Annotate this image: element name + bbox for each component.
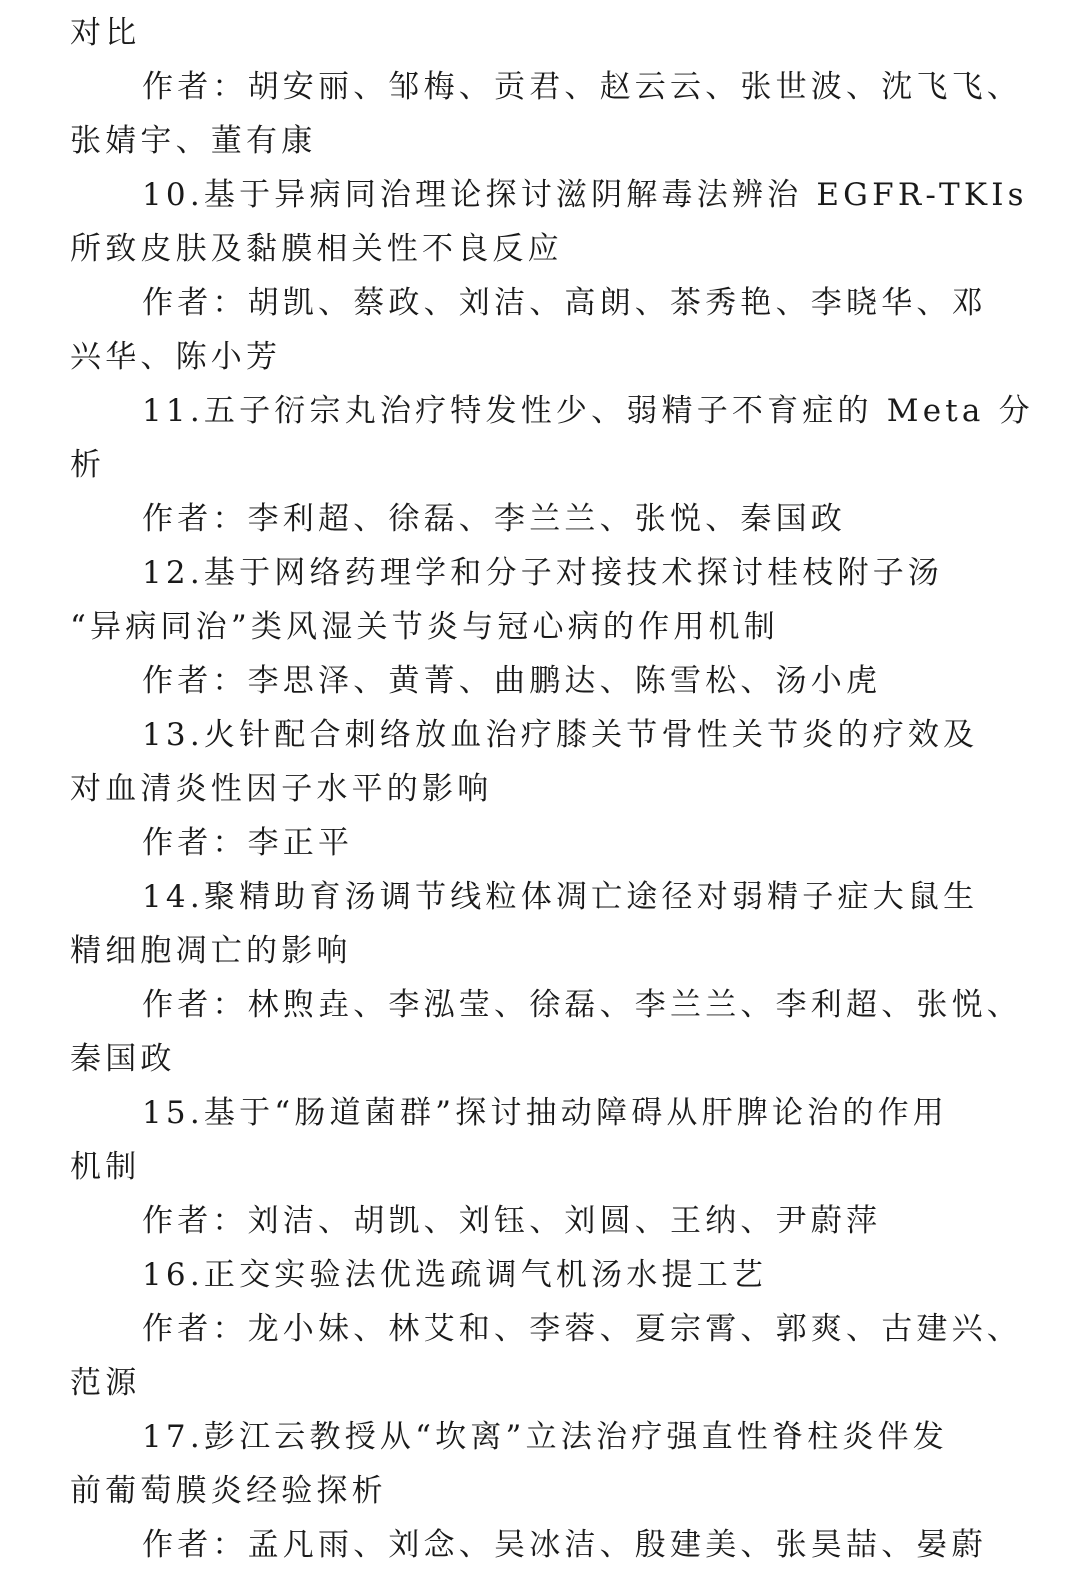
title-line: 析	[70, 438, 1010, 492]
author-line: 作者：胡安丽、邹梅、贡君、赵云云、张世波、沈飞飞、	[70, 60, 1010, 114]
title-line: 15.基于“肠道菌群”探讨抽动障碍从肝脾论治的作用	[70, 1086, 1010, 1140]
title-line: 14.聚精助育汤调节线粒体凋亡途径对弱精子症大鼠生	[70, 870, 1010, 924]
entry-9-continued: 对比 作者：胡安丽、邹梅、贡君、赵云云、张世波、沈飞飞、 张婧宇、董有康	[70, 6, 1010, 168]
entry-17: 17.彭江云教授从“坎离”立法治疗强直性脊柱炎伴发 前葡萄膜炎经验探析 作者：孟…	[70, 1410, 1010, 1572]
author-line: 作者：李思泽、黄菁、曲鹏达、陈雪松、汤小虎	[70, 654, 1010, 708]
author-line: 范源	[70, 1356, 1010, 1410]
author-line: 作者：李利超、徐磊、李兰兰、张悦、秦国政	[70, 492, 1010, 546]
entry-11: 11.五子衍宗丸治疗特发性少、弱精子不育症的 Meta 分 析 作者：李利超、徐…	[70, 384, 1010, 546]
title-line: 13.火针配合刺络放血治疗膝关节骨性关节炎的疗效及	[70, 708, 1010, 762]
entry-10: 10.基于异病同治理论探讨滋阴解毒法辨治 EGFR-TKIs 所致皮肤及黏膜相关…	[70, 168, 1010, 384]
title-line: 所致皮肤及黏膜相关性不良反应	[70, 222, 1010, 276]
author-line: 张婧宇、董有康	[70, 114, 1010, 168]
title-line: 16.正交实验法优选疏调气机汤水提工艺	[70, 1248, 1010, 1302]
title-line: 精细胞凋亡的影响	[70, 924, 1010, 978]
entry-12: 12.基于网络药理学和分子对接技术探讨桂枝附子汤 “异病同治”类风湿关节炎与冠心…	[70, 546, 1010, 708]
title-line: “异病同治”类风湿关节炎与冠心病的作用机制	[70, 600, 1010, 654]
title-line: 前葡萄膜炎经验探析	[70, 1464, 1010, 1518]
title-line: 11.五子衍宗丸治疗特发性少、弱精子不育症的 Meta 分	[70, 384, 1010, 438]
author-line: 作者：刘洁、胡凯、刘钰、刘圆、王纳、尹蔚萍	[70, 1194, 1010, 1248]
author-line: 作者：龙小妹、林艾和、李蓉、夏宗霄、郭爽、古建兴、	[70, 1302, 1010, 1356]
author-line: 秦国政	[70, 1032, 1010, 1086]
title-line: 对比	[70, 6, 1010, 60]
title-line: 12.基于网络药理学和分子对接技术探讨桂枝附子汤	[70, 546, 1010, 600]
author-line: 作者：胡凯、蔡政、刘洁、高朗、茶秀艳、李晓华、邓	[70, 276, 1010, 330]
title-line: 10.基于异病同治理论探讨滋阴解毒法辨治 EGFR-TKIs	[70, 168, 1010, 222]
title-line: 17.彭江云教授从“坎离”立法治疗强直性脊柱炎伴发	[70, 1410, 1010, 1464]
author-line: 作者：李正平	[70, 816, 1010, 870]
entry-13: 13.火针配合刺络放血治疗膝关节骨性关节炎的疗效及 对血清炎性因子水平的影响 作…	[70, 708, 1010, 870]
document-page: 对比 作者：胡安丽、邹梅、贡君、赵云云、张世波、沈飞飞、 张婧宇、董有康 10.…	[70, 6, 1010, 1572]
title-line: 对血清炎性因子水平的影响	[70, 762, 1010, 816]
title-line: 机制	[70, 1140, 1010, 1194]
author-line: 作者：林煦垚、李泓莹、徐磊、李兰兰、李利超、张悦、	[70, 978, 1010, 1032]
entry-15: 15.基于“肠道菌群”探讨抽动障碍从肝脾论治的作用 机制 作者：刘洁、胡凯、刘钰…	[70, 1086, 1010, 1248]
author-line: 兴华、陈小芳	[70, 330, 1010, 384]
author-line: 作者：孟凡雨、刘念、吴冰洁、殷建美、张昊喆、晏蔚	[70, 1518, 1010, 1572]
entry-16: 16.正交实验法优选疏调气机汤水提工艺 作者：龙小妹、林艾和、李蓉、夏宗霄、郭爽…	[70, 1248, 1010, 1410]
entry-14: 14.聚精助育汤调节线粒体凋亡途径对弱精子症大鼠生 精细胞凋亡的影响 作者：林煦…	[70, 870, 1010, 1086]
